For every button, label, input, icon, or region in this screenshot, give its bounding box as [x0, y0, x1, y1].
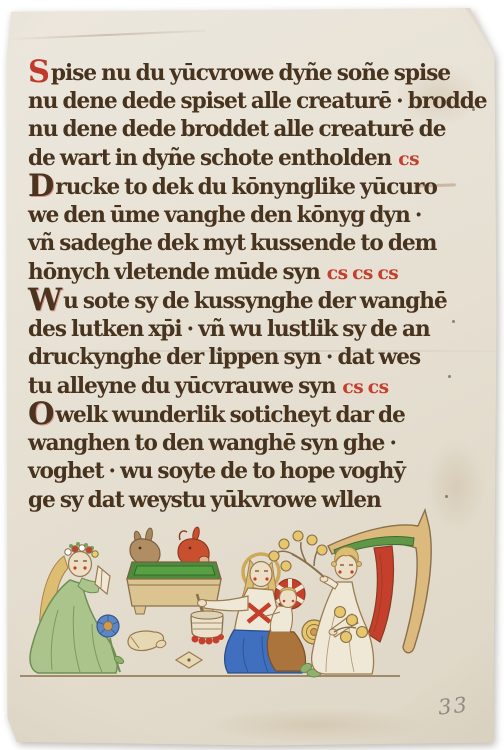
- fold-crease-top: [6, 30, 206, 41]
- manuscript-line: nu dene dede spiset alle creaturē · brod…: [28, 87, 434, 116]
- line-text: vñ sadeghe dek myt kussende to dem: [28, 230, 437, 256]
- rubric-mark: cs cs: [342, 376, 388, 398]
- manuscript-line: Wu sote sy de kussynghe der wanghē: [28, 286, 434, 315]
- line-text: hōnych vletende mūde syn: [28, 259, 320, 285]
- brown-drapery: [267, 630, 305, 671]
- manuscript-line: druckynghe der lippen syn · dat wes: [28, 343, 434, 372]
- line-text: de wart in dyñe schote entholden: [28, 145, 391, 171]
- illuminated-initial: O: [28, 400, 54, 429]
- line-text: voghet · wu soyte de to hope voghȳ: [28, 458, 405, 484]
- donkey-head: [130, 528, 160, 566]
- line-text: druckynghe der lippen syn · dat wes: [28, 344, 420, 370]
- kneeling-virgin: [30, 542, 117, 673]
- manuscript-photo: Spise nu du yūcvrowe dyñe soñe spise nu …: [0, 0, 504, 750]
- manuscript-line: Owelk wunderlik soticheyt dar de: [28, 400, 434, 429]
- line-text: u sote sy de kussynghe der wanghē: [63, 288, 447, 314]
- illuminated-initial: D: [28, 172, 54, 201]
- line-text: wanghen to den wanghē syn ghe ·: [28, 430, 396, 456]
- manuscript-line: nu dene dede broddet alle creaturē de: [28, 115, 434, 144]
- manuscript-line: de wart in dyñe schote entholdencs: [28, 144, 434, 173]
- leaf-shadow: Spise nu du yūcvrowe dyñe soñe spise nu …: [0, 0, 504, 750]
- manuscript-line: Drucke to dek du kōnynglike yūcuro: [28, 172, 434, 201]
- manuscript-line: tu alleyne du yūcvrauwe syncs cs: [28, 372, 434, 401]
- speck: [452, 320, 455, 323]
- rubric-mark: cs cs cs: [327, 262, 399, 284]
- line-text: des lutken xp̄i · vñ wu lustlik sy de an: [28, 316, 430, 342]
- line-text: welk wunderlik soticheyt dar de: [55, 402, 404, 428]
- line-text: nu dene dede broddet alle creaturē de: [28, 116, 445, 142]
- corner-fold: [465, 8, 497, 58]
- speck: [445, 495, 448, 498]
- line-text: pise nu du yūcvrowe dyñe soñe spise: [51, 60, 450, 86]
- folio-number: 33: [437, 692, 470, 719]
- cheek-dot: [73, 566, 76, 569]
- line-text: nu dene dede spiset alle creaturē · brod…: [28, 88, 487, 114]
- red-ribbon: [368, 546, 394, 642]
- speck: [448, 375, 451, 378]
- line-text: we den ūme vanghe den kōnyg dyn ·: [28, 202, 421, 228]
- manuscript-line: Spise nu du yūcvrowe dyñe soñe spise: [28, 58, 434, 87]
- line-text: rucke to dek du kōnynglike yūcuro: [55, 174, 437, 200]
- rubric-mark: cs: [398, 148, 419, 170]
- illuminated-initial: S: [28, 58, 50, 87]
- stain: [206, 708, 426, 742]
- glove: [128, 631, 167, 650]
- diamond-token: [176, 652, 202, 668]
- nativity-illustration: [18, 506, 454, 690]
- manuscript-line: hōnych vletende mūde syncs cs cs: [28, 258, 434, 287]
- ox-head: [178, 527, 209, 567]
- illuminated-initial: W: [28, 286, 62, 315]
- manuscript-page: Spise nu du yūcvrowe dyñe soñe spise nu …: [6, 8, 497, 747]
- text-block: Spise nu du yūcvrowe dyñe soñe spise nu …: [28, 58, 442, 514]
- manuscript-line: we den ūme vanghe den kōnyg dyn ·: [28, 201, 434, 230]
- manuscript-line: vñ sadeghe dek myt kussende to dem: [28, 229, 434, 258]
- line-text: tu alleyne du yūcvrauwe syn: [28, 373, 336, 399]
- manuscript-line: voghet · wu soyte de to hope voghȳ: [28, 457, 434, 486]
- manuscript-line: des lutken xp̄i · vñ wu lustlik sy de an: [28, 315, 434, 344]
- manuscript-line: wanghen to den wanghē syn ghe ·: [28, 429, 434, 458]
